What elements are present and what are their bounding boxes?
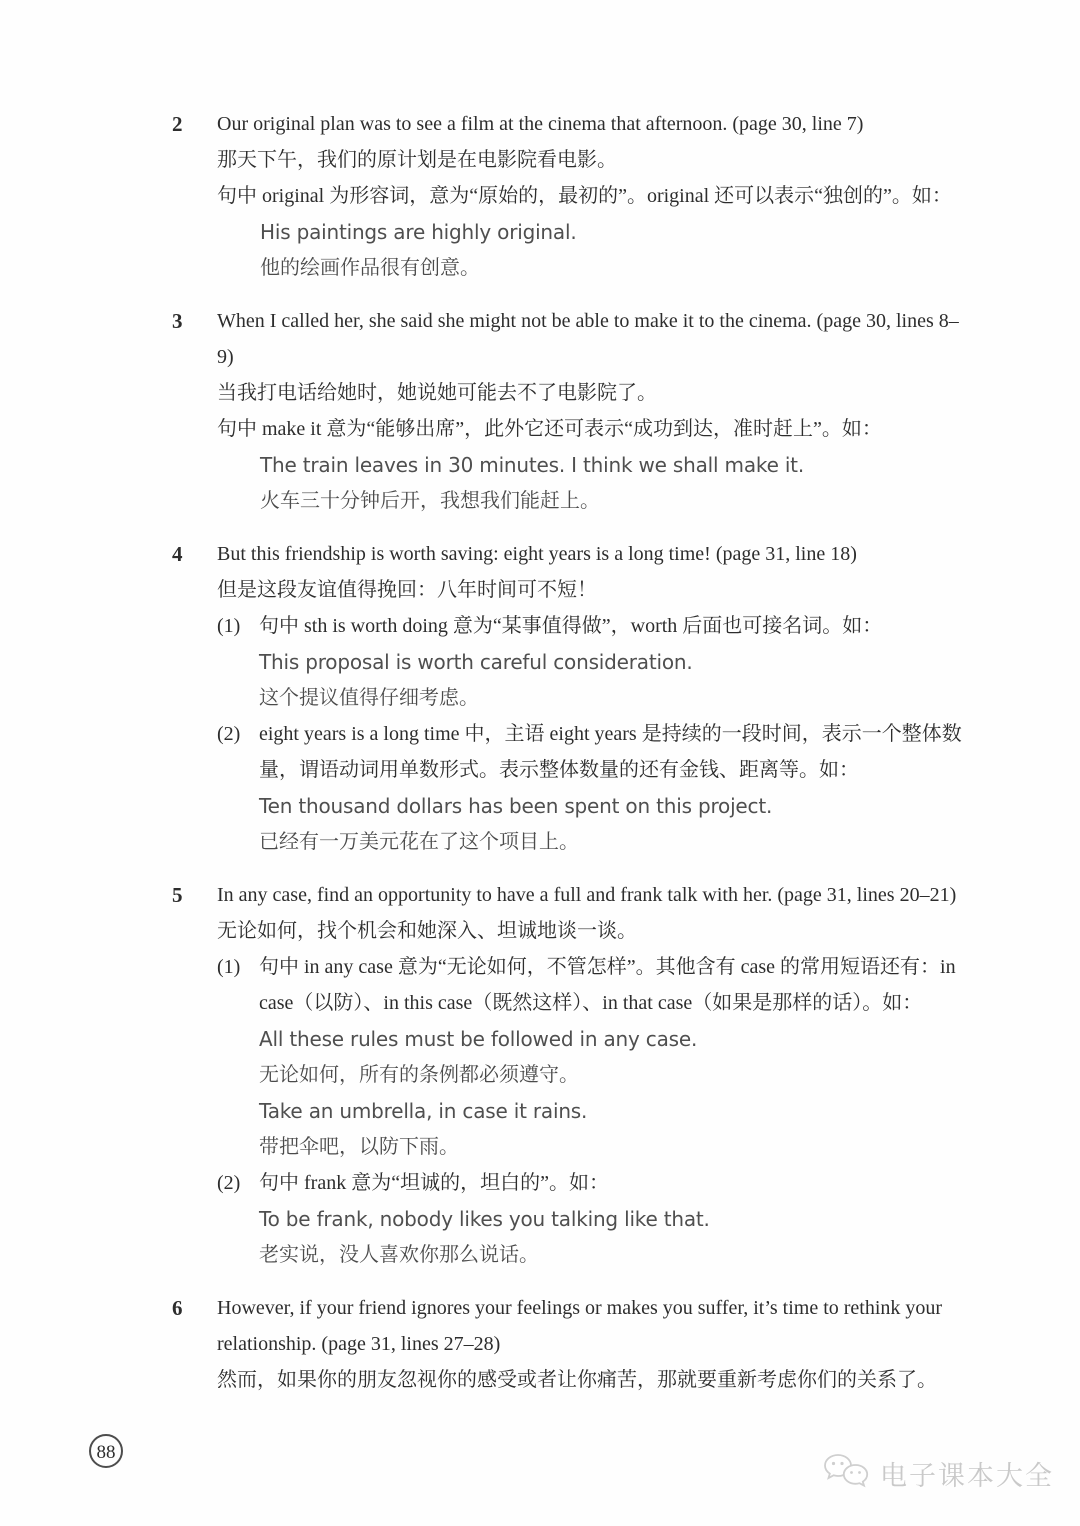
sub-item-body: 句中 in any case 意为“无论如何，不管怎样”。其他含有 case 的… bbox=[259, 949, 962, 1165]
item-body: When I called her, she said she might no… bbox=[217, 303, 962, 519]
item-number: 4 bbox=[172, 536, 217, 860]
textbook-page: 2 Our original plan was to see a film at… bbox=[0, 0, 1080, 1526]
explanation-note: 句中 original 为形容词，意为“原始的，最初的”。original 还可… bbox=[217, 178, 962, 214]
example-en: This proposal is worth careful considera… bbox=[259, 644, 962, 680]
translation-cn: 那天下午，我们的原计划是在电影院看电影。 bbox=[217, 142, 962, 178]
example-cn: 带把伞吧，以防下雨。 bbox=[259, 1129, 962, 1165]
sub-item-1: (1) 句中 sth is worth doing 意为“某事值得做”，wort… bbox=[217, 608, 962, 716]
sentence-en: However, if your friend ignores your fee… bbox=[217, 1290, 962, 1362]
item-body: But this friendship is worth saving: eig… bbox=[217, 536, 962, 860]
item-body: Our original plan was to see a film at t… bbox=[217, 106, 962, 286]
sentence-en: But this friendship is worth saving: eig… bbox=[217, 536, 962, 572]
example-en: His paintings are highly original. bbox=[260, 214, 962, 250]
sub-item-number: (1) bbox=[217, 608, 259, 716]
translation-cn: 无论如何，找个机会和她深入、坦诚地谈一谈。 bbox=[217, 913, 962, 949]
sentence-en: When I called her, she said she might no… bbox=[217, 303, 962, 375]
translation-cn: 但是这段友谊值得挽回：八年时间可不短！ bbox=[217, 572, 962, 608]
example-cn: 已经有一万美元花在了这个项目上。 bbox=[259, 824, 962, 860]
item-6: 6 However, if your friend ignores your f… bbox=[172, 1290, 962, 1398]
item-4: 4 But this friendship is worth saving: e… bbox=[172, 536, 962, 860]
example-cn: 他的绘画作品很有创意。 bbox=[260, 250, 962, 286]
example-en: The train leaves in 30 minutes. I think … bbox=[260, 447, 962, 483]
explanation-note: eight years is a long time 中，主语 eight ye… bbox=[259, 716, 962, 788]
explanation-note: 句中 frank 意为“坦诚的，坦白的”。如： bbox=[259, 1165, 962, 1201]
explanation-note: 句中 make it 意为“能够出席”，此外它还可表示“成功到达，准时赶上”。如… bbox=[217, 411, 962, 447]
translation-cn: 然而，如果你的朋友忽视你的感受或者让你痛苦，那就要重新考虑你们的关系了。 bbox=[217, 1362, 962, 1398]
sentence-en: In any case, find an opportunity to have… bbox=[217, 877, 962, 913]
example-en: Take an umbrella, in case it rains. bbox=[259, 1093, 962, 1129]
item-body: In any case, find an opportunity to have… bbox=[217, 877, 962, 1273]
explanation-note: 句中 sth is worth doing 意为“某事值得做”，worth 后面… bbox=[259, 608, 962, 644]
page-number-badge: 88 bbox=[89, 1434, 123, 1468]
item-number: 6 bbox=[172, 1290, 217, 1398]
sub-item-2: (2) 句中 frank 意为“坦诚的，坦白的”。如： To be frank,… bbox=[217, 1165, 962, 1273]
sub-item-body: 句中 frank 意为“坦诚的，坦白的”。如： To be frank, nob… bbox=[259, 1165, 962, 1273]
sub-item-number: (1) bbox=[217, 949, 259, 1165]
item-3: 3 When I called her, she said she might … bbox=[172, 303, 962, 519]
examples: His paintings are highly original. 他的绘画作… bbox=[260, 214, 962, 286]
sub-item-1: (1) 句中 in any case 意为“无论如何，不管怎样”。其他含有 ca… bbox=[217, 949, 962, 1165]
sub-item-number: (2) bbox=[217, 716, 259, 860]
wechat-icon bbox=[822, 1452, 872, 1494]
example-en: To be frank, nobody likes you talking li… bbox=[259, 1201, 962, 1237]
item-body: However, if your friend ignores your fee… bbox=[217, 1290, 962, 1398]
watermark-text: 电子课本大全 bbox=[880, 1454, 1054, 1493]
translation-cn: 当我打电话给她时，她说她可能去不了电影院了。 bbox=[217, 375, 962, 411]
watermark: 电子课本大全 bbox=[822, 1452, 1054, 1494]
sub-item-number: (2) bbox=[217, 1165, 259, 1273]
item-2: 2 Our original plan was to see a film at… bbox=[172, 106, 962, 286]
item-5: 5 In any case, find an opportunity to ha… bbox=[172, 877, 962, 1273]
page-number: 88 bbox=[97, 1442, 116, 1463]
example-cn: 火车三十分钟后开，我想我们能赶上。 bbox=[260, 483, 962, 519]
sub-item-body: eight years is a long time 中，主语 eight ye… bbox=[259, 716, 962, 860]
examples: The train leaves in 30 minutes. I think … bbox=[260, 447, 962, 519]
example-cn: 这个提议值得仔细考虑。 bbox=[259, 680, 962, 716]
sub-item-2: (2) eight years is a long time 中，主语 eigh… bbox=[217, 716, 962, 860]
item-number: 3 bbox=[172, 303, 217, 519]
item-number: 5 bbox=[172, 877, 217, 1273]
example-en: Ten thousand dollars has been spent on t… bbox=[259, 788, 962, 824]
example-cn: 无论如何，所有的条例都必须遵守。 bbox=[259, 1057, 962, 1093]
sentence-en: Our original plan was to see a film at t… bbox=[217, 106, 962, 142]
sub-item-body: 句中 sth is worth doing 意为“某事值得做”，worth 后面… bbox=[259, 608, 962, 716]
explanation-note: 句中 in any case 意为“无论如何，不管怎样”。其他含有 case 的… bbox=[259, 949, 962, 1021]
example-en: All these rules must be followed in any … bbox=[259, 1021, 962, 1057]
example-cn: 老实说，没人喜欢你那么说话。 bbox=[259, 1237, 962, 1273]
item-number: 2 bbox=[172, 106, 217, 286]
notes-content: 2 Our original plan was to see a film at… bbox=[172, 106, 962, 1415]
